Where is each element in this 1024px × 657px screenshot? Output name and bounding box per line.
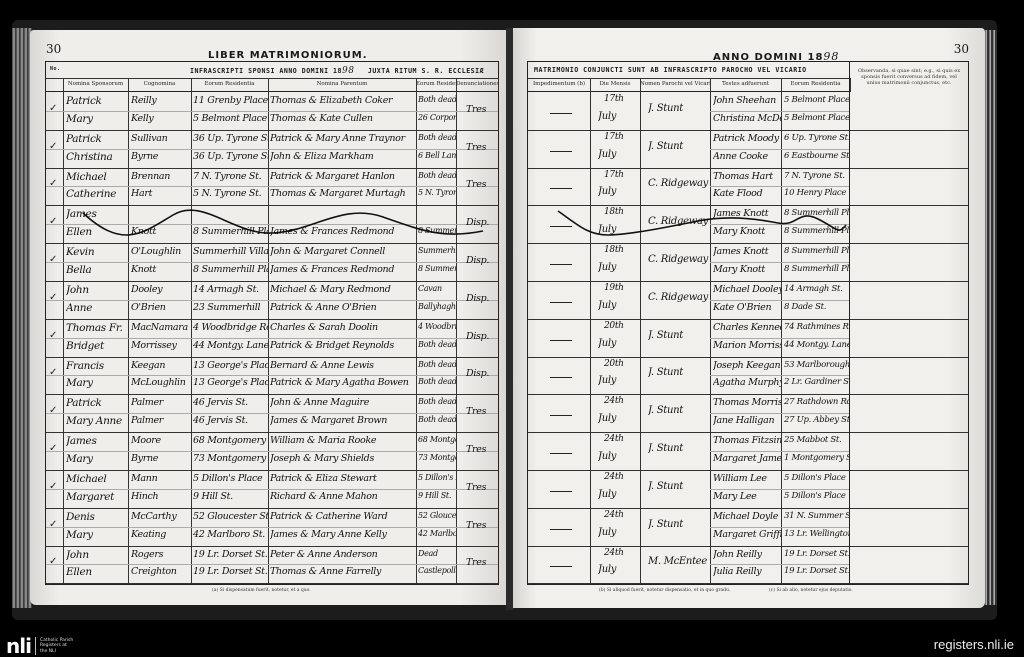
groom-parents-res-text: Both dead <box>418 360 456 369</box>
bride-parents-res-text: 8 Summerhill Pl. <box>418 264 456 273</box>
bride-parents-res-text: 42 Marlborough St. <box>418 529 456 538</box>
banns-text: Tres <box>466 444 500 455</box>
bride-res-text: 42 Marlboro St. <box>193 529 268 540</box>
witness-residence-text: 10 Henry Place <box>784 188 850 198</box>
bride-res-text: 13 George's Place <box>193 377 268 388</box>
no-impediment-dash <box>550 377 572 378</box>
no-impediment-dash <box>550 113 572 114</box>
check-mark-icon: ✓ <box>49 556 57 567</box>
ruled-line <box>710 262 850 263</box>
column-header: Cognomina <box>128 78 192 92</box>
groom-surname-text: MacNamara <box>131 322 191 333</box>
no-impediment-dash <box>550 566 572 567</box>
bride-res-text: 23 Summerhill <box>193 302 268 313</box>
bride-res-text: 5 N. Tyrone St. <box>193 188 268 199</box>
check-mark-icon: ✓ <box>49 481 57 492</box>
date-month-text: July <box>598 527 642 538</box>
groom-text: Patrick <box>66 95 128 107</box>
witness-name-text: Agatha Murphy <box>713 377 781 388</box>
observations-cell <box>850 319 968 358</box>
column-header: Denunciationes (a) <box>456 78 499 92</box>
priest-name-text: M. McEntee <box>648 556 714 567</box>
witness-name-text: William Lee <box>713 473 781 484</box>
date-day-text: 24th <box>604 472 644 482</box>
register-entry-row[interactable]: ✓PatrickMaryReillyKelly11 Grenby Place5 … <box>46 92 498 131</box>
banns-text: Tres <box>466 520 500 531</box>
register-entry-row[interactable]: ✓JohnAnneDooleyO'Brien14 Armagh St.23 Su… <box>46 281 498 320</box>
banns-text: Tres <box>466 142 500 153</box>
register-entry-row[interactable]: ✓PatrickChristinaSullivanByrne36 Up. Tyr… <box>46 130 498 169</box>
groom-res-text: 14 Armagh St. <box>193 284 268 295</box>
ruled-line <box>710 451 850 452</box>
priest-name-text: J. Stunt <box>648 443 714 454</box>
ruled-line <box>710 489 850 490</box>
register-entry-row[interactable]: 24thJulyJ. StuntThomas FitzsimonsMargare… <box>528 432 850 471</box>
groom-parents-text: William & Maria Rooke <box>270 435 416 446</box>
witness-residence-text: 6 Eastbourne St. <box>784 151 850 161</box>
groom-res-text: 13 George's Place <box>193 360 268 371</box>
register-entry-row[interactable]: ✓KevinBellaO'LoughlinKnottSummerhill Vil… <box>46 243 498 282</box>
ruled-line <box>710 564 850 565</box>
date-month-text: July <box>598 186 642 197</box>
bride-text: Christina <box>66 151 128 163</box>
date-day-text: 24th <box>604 548 644 558</box>
witness-residence-text: 53 Marlborough St. <box>784 360 850 370</box>
bride-res-text: 44 Montgy. Lane <box>193 340 268 351</box>
date-day-text: 24th <box>604 510 644 520</box>
groom-text: Michael <box>66 171 128 183</box>
no-impediment-dash <box>550 491 572 492</box>
check-mark-icon: ✓ <box>49 367 57 378</box>
register-entry-row[interactable]: 17thJulyC. RidgewayThomas HartKate Flood… <box>528 168 850 207</box>
check-mark-icon: ✓ <box>49 519 57 530</box>
witness-name-text: Kate O'Brien <box>713 302 781 313</box>
register-entry-row[interactable]: ✓MichaelCatherineBrennanHart7 N. Tyrone … <box>46 168 498 207</box>
date-day-text: 20th <box>604 321 644 331</box>
groom-parents-text: Patrick & Mary Anne Traynor <box>270 133 416 144</box>
bride-parents-text: Patrick & Bridget Reynolds <box>270 340 416 351</box>
groom-text: Denis <box>66 511 128 523</box>
groom-parents-text: Patrick & Catherine Ward <box>270 511 416 522</box>
ruled-line <box>46 186 498 187</box>
groom-parents-text: Bernard & Anne Lewis <box>270 360 416 371</box>
bride-text: Mary <box>66 529 128 541</box>
groom-parents-res-text: 4 Woodbridge Rd. <box>418 322 456 331</box>
footnote-c: (c) Si ab alio, notetur ejus deputatio. <box>769 588 853 593</box>
bride-parents-text: James & Frances Redmond <box>270 264 416 275</box>
register-entry-row[interactable]: ✓PatrickMary AnnePalmerPalmer46 Jervis S… <box>46 394 498 433</box>
marriage-register-table-left: No. INFRASCRIPTI SPONSI ANNO DOMINI 1898… <box>45 61 499 585</box>
witness-name-text: John Reilly <box>713 549 781 560</box>
no-impediment-dash <box>550 151 572 152</box>
bride-surname-text: Creighton <box>131 566 191 577</box>
priest-name-text: C. Ridgeway <box>648 254 714 265</box>
bride-surname-text: Kelly <box>131 113 191 124</box>
bride-text: Bella <box>66 264 128 276</box>
witness-residence-text: 5 Belmont Place <box>784 95 850 105</box>
groom-parents-text: Michael & Mary Redmond <box>270 284 416 295</box>
table-band-heading: No. INFRASCRIPTI SPONSI ANNO DOMINI 1898… <box>46 62 498 79</box>
date-day-text: 17th <box>604 170 644 180</box>
priest-name-text: J. Stunt <box>648 103 714 114</box>
register-entry-row[interactable]: 24thJulyJ. StuntMichael DoyleMargaret Gr… <box>528 508 850 547</box>
date-month-text: July <box>598 375 642 386</box>
groom-parents-res-text: Both dead <box>418 171 456 180</box>
column-header: Nomina Parentum <box>268 78 417 92</box>
bride-parents-text: Richard & Anne Mahon <box>270 491 416 502</box>
logo-text-line: the NLI <box>40 649 73 655</box>
band-heading-prefix: INFRASCRIPTI SPONSI ANNO DOMINI 18 <box>190 67 342 75</box>
check-mark-icon: ✓ <box>49 292 57 303</box>
witness-residence-text: 8 Summerhill Place <box>784 246 850 256</box>
footnote-b: (b) Si aliquod fuerit, notetur dispensat… <box>599 588 730 593</box>
date-day-text: 17th <box>604 94 644 104</box>
banns-text: Tres <box>466 104 500 115</box>
check-mark-icon: ✓ <box>49 443 57 454</box>
groom-parents-text: John & Anne Maguire <box>270 397 416 408</box>
page-number: 30 <box>46 42 61 56</box>
witness-residence-text: 44 Montgy. Lane <box>784 340 850 350</box>
witness-residence-text: 74 Rathmines Road <box>784 322 850 332</box>
bride-parents-res-text: Both dead <box>418 415 456 424</box>
observations-cell <box>850 205 968 244</box>
bride-surname-text: Morrissey <box>131 340 191 351</box>
logo-separator <box>35 637 36 655</box>
ruled-line <box>710 300 850 301</box>
bride-parents-text: Thomas & Kate Cullen <box>270 113 416 124</box>
witness-name-text: Margaret Jameson <box>713 453 781 464</box>
witness-name-text: Mary Knott <box>713 264 781 275</box>
priest-name-text: J. Stunt <box>648 330 714 341</box>
bride-parents-text: John & Eliza Markham <box>270 151 416 162</box>
priest-name-text: C. Ridgeway <box>648 292 714 303</box>
observations-cell <box>850 470 968 509</box>
ruled-line <box>46 489 498 490</box>
witness-name-text: Margaret Griffin <box>713 529 781 540</box>
groom-parents-text: Thomas & Elizabeth Coker <box>270 95 416 106</box>
date-day-text: 24th <box>604 434 644 444</box>
witness-name-text: Thomas Fitzsimons <box>713 435 781 446</box>
witness-residence-text: 1 Montgomery St. <box>784 453 850 463</box>
register-entry-row[interactable]: ✓FrancisMaryKeeganMcLoughlin13 George's … <box>46 357 498 396</box>
ruled-line <box>46 413 498 414</box>
observations-cell <box>850 168 968 207</box>
no-impediment-dash <box>550 264 572 265</box>
witness-name-text: John Sheehan <box>713 95 781 106</box>
banns-text: Disp. <box>466 255 500 266</box>
bride-res-text: 19 Lr. Dorset St. <box>193 566 268 577</box>
date-month-text: July <box>598 338 642 349</box>
page-title: LIBER MATRIMONIORUM. <box>208 50 368 61</box>
ruled-line <box>46 564 498 565</box>
witness-residence-text: 5 Dillon's Place <box>784 491 850 501</box>
column-header: Eorum Residentia <box>191 78 269 92</box>
register-entry-row[interactable]: ✓MichaelMargaretMannHinch5 Dillon's Plac… <box>46 470 498 509</box>
bride-text: Anne <box>66 302 128 314</box>
column-header: Impedimentum (b) <box>528 78 591 92</box>
banns-text: Tres <box>466 557 500 568</box>
date-month-text: July <box>598 451 642 462</box>
groom-res-text: 52 Gloucester St. <box>193 511 268 522</box>
check-mark-icon: ✓ <box>49 103 57 114</box>
bride-parents-res-text: 26 Corporation St. <box>418 113 456 122</box>
ruled-line <box>46 300 498 301</box>
ruled-line <box>710 527 850 528</box>
groom-text: Kevin <box>66 246 128 258</box>
groom-surname-text: Reilly <box>131 95 191 106</box>
groom-res-text: 7 N. Tyrone St. <box>193 171 268 182</box>
groom-surname-text: Rogers <box>131 549 191 560</box>
date-month-text: July <box>598 489 642 500</box>
bride-parents-text: Joseph & Mary Shields <box>270 453 416 464</box>
groom-surname-text: Brennan <box>131 171 191 182</box>
right-page: 30 ANNO DOMINI 1898 MATRIMONIO CONJUNCTI… <box>513 28 985 608</box>
register-entry-row[interactable]: ✓JamesEllenKnott8 Summerhill PlaceJames … <box>46 205 498 244</box>
witness-residence-text: 25 Mabbot St. <box>784 435 850 445</box>
check-mark-icon: ✓ <box>49 330 57 341</box>
column-header: Testes adfuerunt <box>710 78 782 92</box>
ruled-line <box>46 451 498 452</box>
witness-residence-text: 2 Lr. Gardiner St. <box>784 377 850 387</box>
bride-res-text: 73 Montgomery St. <box>193 453 268 464</box>
site-url-link[interactable]: registers.nli.ie <box>934 637 1014 652</box>
priest-name-text: J. Stunt <box>648 141 714 152</box>
groom-surname-text: McCarthy <box>131 511 191 522</box>
observations-cell <box>850 357 968 396</box>
groom-res-text: 5 Dillon's Place <box>193 473 268 484</box>
observations-cell <box>850 394 968 433</box>
witness-residence-text: 27 Up. Abbey St. <box>784 415 850 425</box>
priest-name-text: J. Stunt <box>648 481 714 492</box>
column-header: Eorum Residentia <box>416 78 457 92</box>
ruled-line <box>710 375 850 376</box>
register-entry-row[interactable]: 17thJulyJ. StuntPatrick MoodyAnne Cooke6… <box>528 130 850 169</box>
observations-heading: Observanda, si quae sint; e.g., si quis … <box>854 68 964 86</box>
ruled-line <box>46 111 498 112</box>
date-day-text: 19th <box>604 283 644 293</box>
witness-name-text: Anne Cooke <box>713 151 781 162</box>
observations-cell <box>850 546 968 585</box>
witness-name-text: James Knott <box>713 246 781 257</box>
groom-text: John <box>66 284 128 296</box>
bride-parents-text: James & Mary Anne Kelly <box>270 529 416 540</box>
bride-text: Mary <box>66 377 128 389</box>
groom-text: John <box>66 549 128 561</box>
no-impediment-dash <box>550 453 572 454</box>
witness-name-text: Joseph Keegan <box>713 360 781 371</box>
bride-surname-text: Palmer <box>131 415 191 426</box>
no-impediment-dash <box>550 188 572 189</box>
groom-parents-res-text: Cavan <box>418 284 456 293</box>
groom-parents-res-text: 52 Gloucester St. <box>418 511 456 520</box>
bride-surname-text: Keating <box>131 529 191 540</box>
bride-text: Bridget <box>66 340 128 352</box>
register-entry-row[interactable]: 20thJulyJ. StuntCharles KennedyMarion Mo… <box>528 319 850 358</box>
observations-cell <box>850 508 968 547</box>
groom-res-text: 68 Montgomery St. <box>193 435 268 446</box>
groom-surname-text: Dooley <box>131 284 191 295</box>
groom-res-text: 19 Lr. Dorset St. <box>193 549 268 560</box>
ruled-line <box>46 338 498 339</box>
groom-res-text: 4 Woodbridge Road <box>193 322 268 333</box>
groom-parents-res-text: Both dead <box>418 95 456 104</box>
groom-surname-text: Mann <box>131 473 191 484</box>
bride-surname-text: O'Brien <box>131 302 191 313</box>
register-entry-row[interactable]: ✓Thomas Fr.BridgetMacNamaraMorrissey4 Wo… <box>46 319 498 358</box>
groom-res-text: 46 Jervis St. <box>193 397 268 408</box>
ruled-line <box>710 186 850 187</box>
groom-text: James <box>66 435 128 447</box>
date-month-text: July <box>598 111 642 122</box>
groom-parents-text: Charles & Sarah Doolin <box>270 322 416 333</box>
date-day-text: 18th <box>604 245 644 255</box>
register-entry-row[interactable]: 18thJulyC. RidgewayJames KnottMary Knott… <box>528 243 850 282</box>
witness-name-text: Michael Doyle <box>713 511 781 522</box>
footnote: (a) Si dispensatum fuerit, notetur, et a… <box>212 588 311 593</box>
priest-name-text: J. Stunt <box>648 367 714 378</box>
date-month-text: July <box>598 413 642 424</box>
column-header: Nomina Sponsorum <box>63 78 129 92</box>
groom-surname-text: Sullivan <box>131 133 191 144</box>
ruled-line <box>46 262 498 263</box>
bride-parents-res-text: Ballyhaght, Cavan <box>418 302 456 311</box>
date-month-text: July <box>598 300 642 311</box>
register-entry-row[interactable]: 24thJulyM. McEnteeJohn ReillyJulia Reill… <box>528 546 850 585</box>
witness-name-text: Christina McDermott <box>713 113 781 124</box>
groom-surname-text: Palmer <box>131 397 191 408</box>
groom-surname-text: Moore <box>131 435 191 446</box>
date-month-text: July <box>598 262 642 273</box>
band-heading-text: MATRIMONIO CONJUNCTI SUNT AB INFRASCRIPT… <box>534 66 807 74</box>
banns-text: Tres <box>466 179 500 190</box>
register-entry-row[interactable]: ✓JamesMaryMooreByrne68 Montgomery St.73 … <box>46 432 498 471</box>
marriage-register-table-right: MATRIMONIO CONJUNCTI SUNT AB INFRASCRIPT… <box>527 61 850 585</box>
book-page-edges-left <box>12 28 32 608</box>
banns-text: Disp. <box>466 368 500 379</box>
ruled-line <box>710 149 850 150</box>
check-mark-icon: ✓ <box>49 254 57 265</box>
banns-text: Tres <box>466 482 500 493</box>
witness-name-text: Jane Halligan <box>713 415 781 426</box>
date-month-text: July <box>598 149 642 160</box>
bride-text: Mary <box>66 113 128 125</box>
band-heading-suffix: JUXTA RITUM S. R. ECCLESIÆ <box>368 67 484 75</box>
witness-residence-text: 31 N. Summer St. <box>784 511 850 521</box>
witness-residence-text: 6 Up. Tyrone St. <box>784 133 850 143</box>
observations-cell <box>850 432 968 471</box>
witness-residence-text: 7 N. Tyrone St. <box>784 171 850 181</box>
groom-text: Francis <box>66 360 128 372</box>
groom-text: Michael <box>66 473 128 485</box>
groom-surname-text: Keegan <box>131 360 191 371</box>
witness-residence-text: 5 Belmont Place <box>784 113 850 123</box>
observations-column: Observanda, si quae sint; e.g., si quis … <box>849 61 969 585</box>
date-month-text: July <box>598 564 642 575</box>
year-handwritten: 98 <box>342 66 354 76</box>
witness-name-text: Thomas Hart <box>713 171 781 182</box>
ruled-line <box>46 527 498 528</box>
bride-surname-text: McLoughlin <box>131 377 191 388</box>
bride-parents-res-text: Both dead <box>418 377 456 386</box>
register-entry-row[interactable]: ✓JohnEllenRogersCreighton19 Lr. Dorset S… <box>46 546 498 585</box>
bride-parents-res-text: Castlepollard <box>418 566 456 575</box>
left-page: 30 LIBER MATRIMONIORUM. No. INFRASCRIPTI… <box>30 30 508 605</box>
table-band-heading: MATRIMONIO CONJUNCTI SUNT AB INFRASCRIPT… <box>528 62 850 79</box>
bride-parents-text: Patrick & Anne O'Brien <box>270 302 416 313</box>
witness-name-text: Mary Lee <box>713 491 781 502</box>
witness-name-text: Kate Flood <box>713 188 781 199</box>
banns-text: Tres <box>466 406 500 417</box>
register-entry-row[interactable]: 19thJulyC. RidgewayMichael DooleyKate O'… <box>528 281 850 320</box>
groom-parents-res-text: 68 Montgomery St. <box>418 435 456 444</box>
bride-parents-res-text: 9 Hill St. <box>418 491 456 500</box>
bride-res-text: 8 Summerhill Place <box>193 264 268 275</box>
witness-residence-text: 13 Lr. Wellington St. <box>784 529 850 539</box>
bride-res-text: 46 Jervis St. <box>193 415 268 426</box>
check-mark-icon: ✓ <box>49 178 57 189</box>
groom-res-text: 36 Up. Tyrone St. <box>193 133 268 144</box>
no-impediment-dash <box>550 529 572 530</box>
register-entry-row[interactable]: ✓DenisMaryMcCarthyKeating52 Gloucester S… <box>46 508 498 547</box>
logo-text: Catholic Parish Registers at the NLI <box>40 638 73 655</box>
register-entry-row[interactable]: 18thJulyC. RidgewayJames KnottMary Knott… <box>528 205 850 244</box>
bride-surname-text: Knott <box>131 264 191 275</box>
groom-res-text: Summerhill Villas <box>193 246 268 257</box>
column-header: Eorum Residentia <box>781 78 851 92</box>
nli-logo[interactable]: nli Catholic Parish Registers at the NLI <box>6 634 73 657</box>
witness-name-text: Marion Morrissey <box>713 340 781 351</box>
date-day-text: 20th <box>604 359 644 369</box>
bride-text: Ellen <box>66 566 128 578</box>
bride-text: Mary <box>66 453 128 465</box>
bride-surname-text: Hart <box>131 188 191 199</box>
cancellation-strike-line <box>63 205 493 243</box>
bride-parents-res-text: 6 Bell Lane <box>418 151 456 160</box>
witness-residence-text: 27 Rathdown Rd. <box>784 397 850 407</box>
groom-text: Thomas Fr. <box>66 322 128 334</box>
bride-res-text: 36 Up. Tyrone St. <box>193 151 268 162</box>
groom-parents-res-text: Both dead <box>418 397 456 406</box>
observations-cell <box>850 281 968 320</box>
groom-parents-res-text: Dead <box>418 549 456 558</box>
bride-parents-text: Patrick & Mary Agatha Bowen <box>270 377 416 388</box>
priest-name-text: J. Stunt <box>648 519 714 530</box>
groom-parents-text: Patrick & Margaret Hanlon <box>270 171 416 182</box>
groom-parents-res-text: Summerhill Villas <box>418 246 456 255</box>
bride-parents-text: Thomas & Anne Farrelly <box>270 566 416 577</box>
register-entry-row[interactable]: 24thJulyJ. StuntThomas MorrisonJane Hall… <box>528 394 850 433</box>
groom-text: Patrick <box>66 133 128 145</box>
date-day-text: 24th <box>604 396 644 406</box>
bride-parents-res-text: 73 Montgomery St. <box>418 453 456 462</box>
groom-parents-text: Patrick & Eliza Stewart <box>270 473 416 484</box>
witness-name-text: Patrick Moody <box>713 133 781 144</box>
bride-surname-text: Byrne <box>131 151 191 162</box>
ruled-line <box>46 375 498 376</box>
no-impediment-dash <box>550 340 572 341</box>
page-number: 30 <box>954 42 969 56</box>
register-entry-row[interactable]: 24thJulyJ. StuntWilliam LeeMary Lee5 Dil… <box>528 470 850 509</box>
check-mark-icon: ✓ <box>49 405 57 416</box>
register-entry-row[interactable]: 20thJulyJ. StuntJoseph KeeganAgatha Murp… <box>528 357 850 396</box>
groom-res-text: 11 Grenby Place <box>193 95 268 106</box>
book-page-edges-right <box>985 30 997 605</box>
bride-text: Mary Anne <box>66 415 128 427</box>
number-label: No. <box>50 66 61 72</box>
witness-name-text: Charles Kennedy <box>713 322 781 333</box>
nli-logo-mark: nli <box>6 634 31 657</box>
register-entry-row[interactable]: 17thJulyJ. StuntJohn SheehanChristina Mc… <box>528 92 850 131</box>
